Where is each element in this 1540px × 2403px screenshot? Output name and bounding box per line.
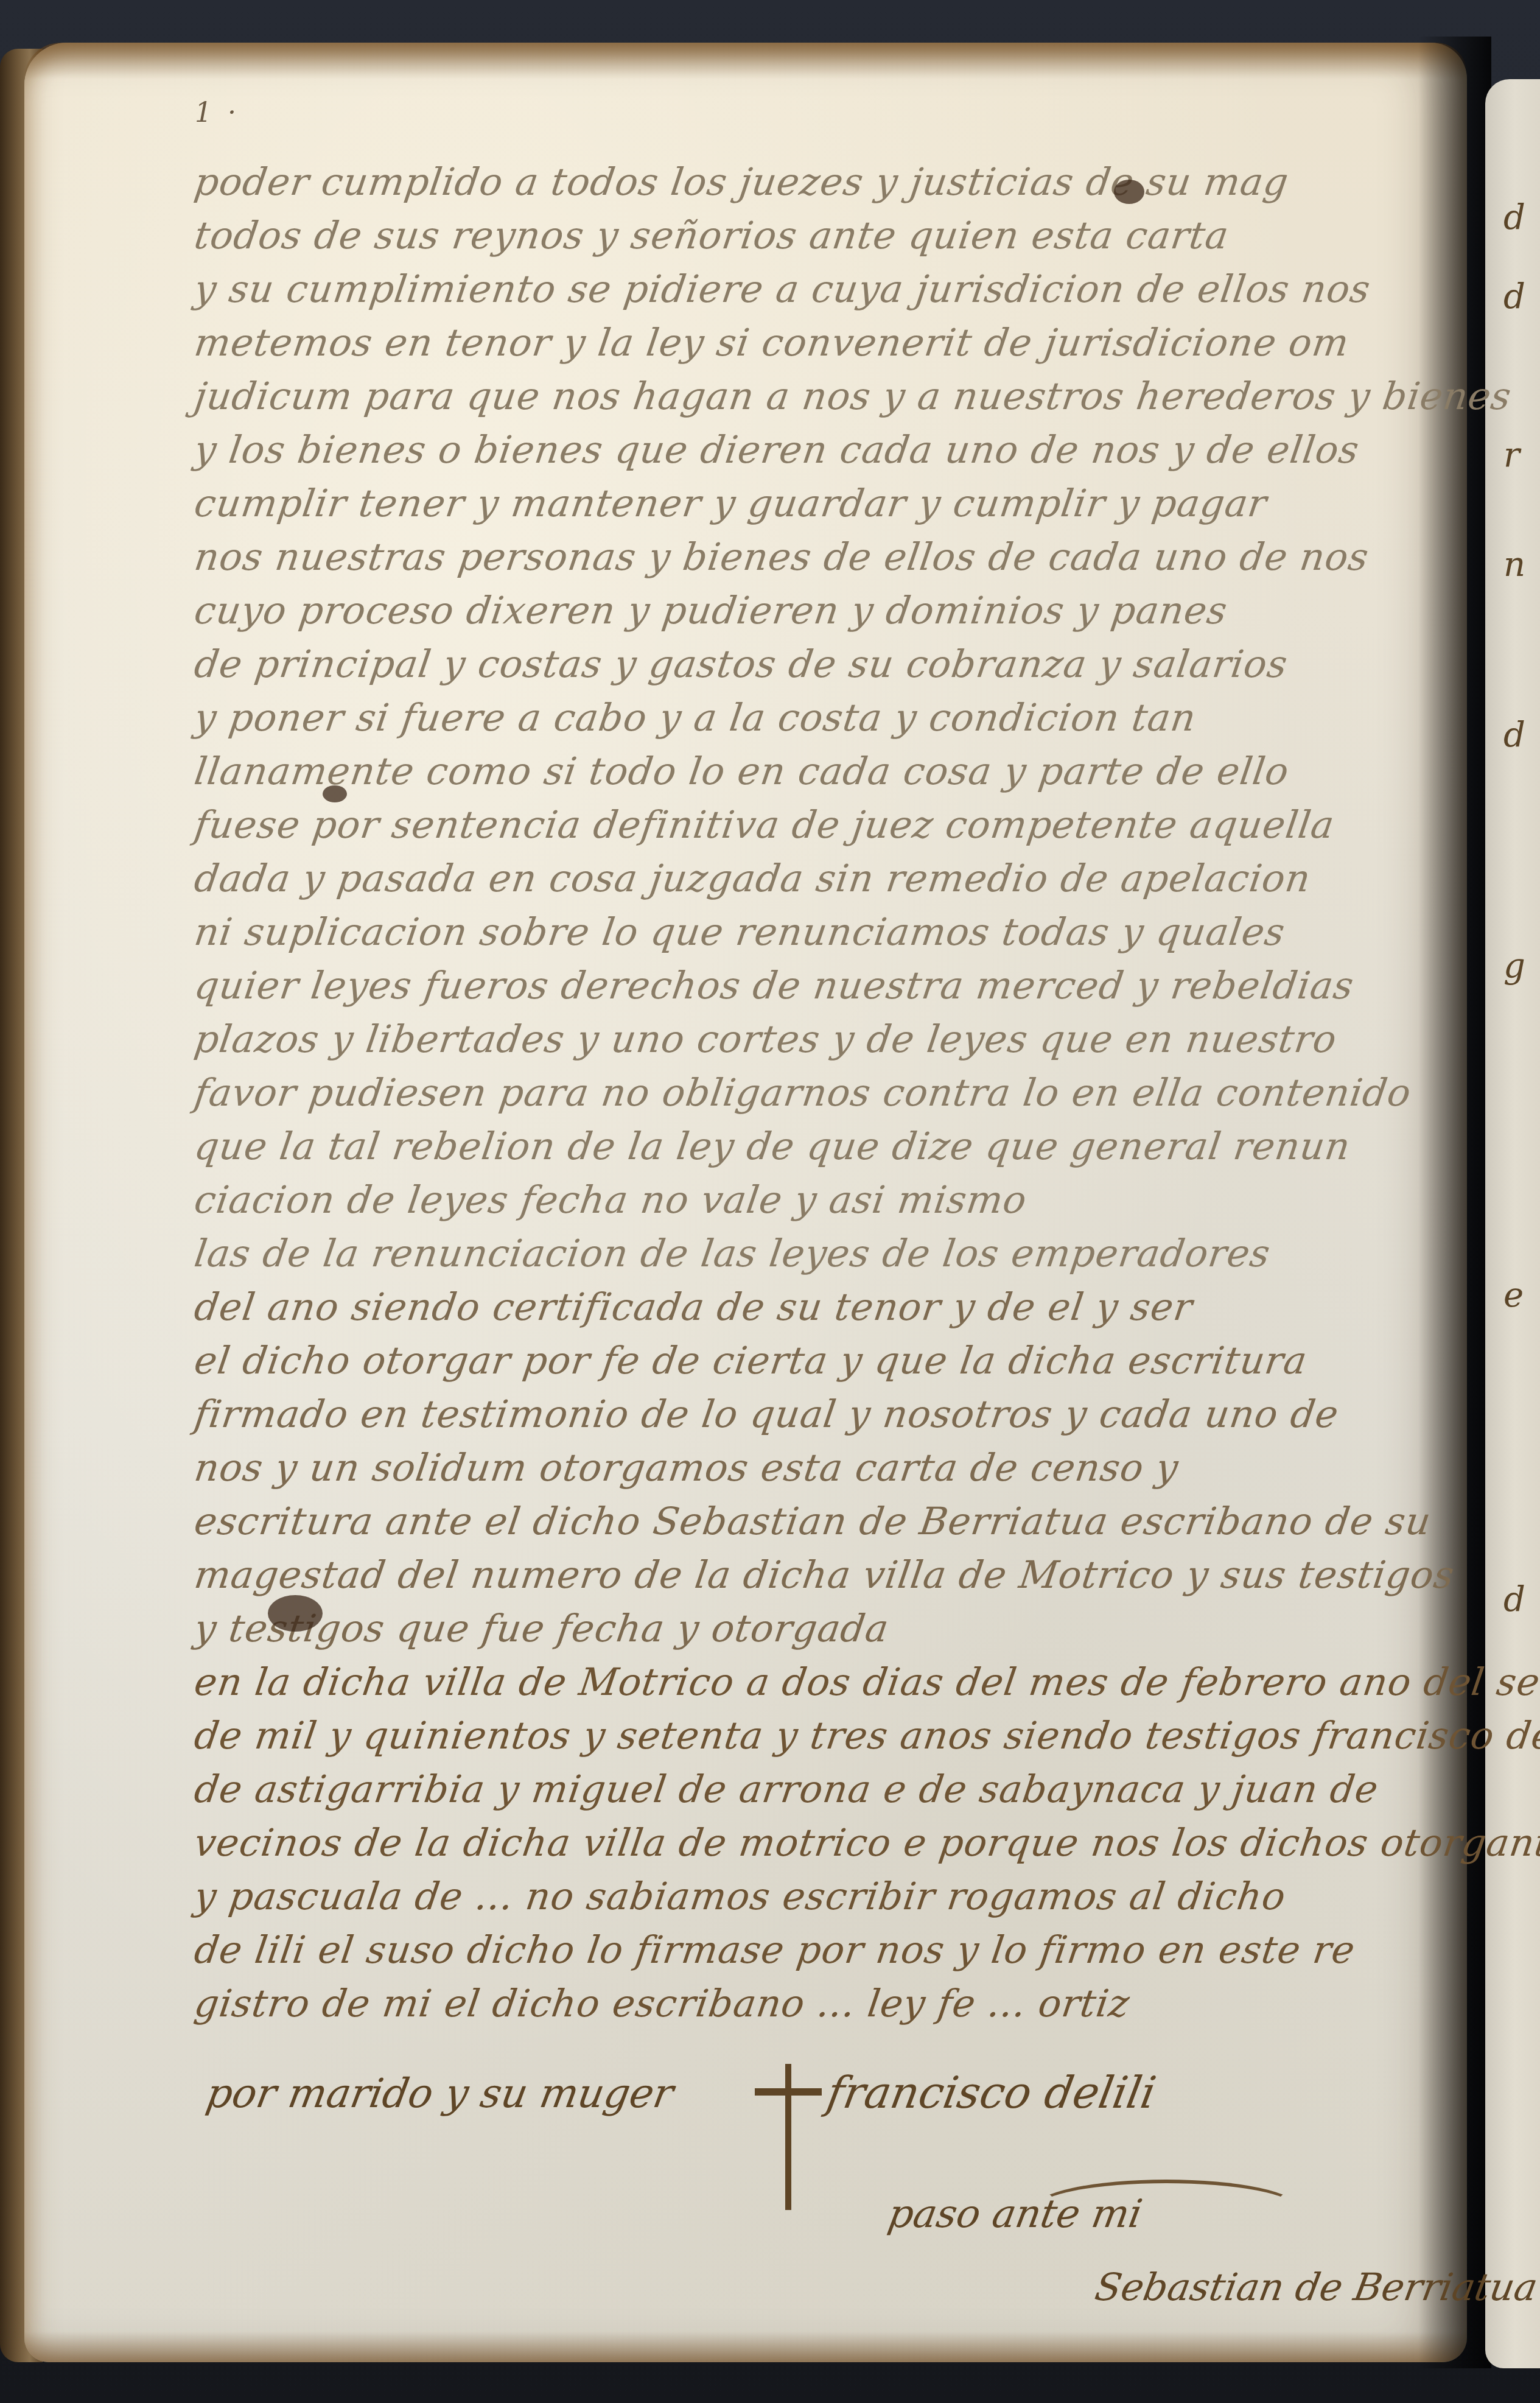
text-line: vecinos de la dicha villa de motrico e p… — [191, 1816, 1477, 1870]
facing-page-mark: d — [1503, 201, 1525, 235]
facing-page-mark: e — [1503, 1279, 1524, 1313]
text-line: quier leyes fueros derechos de nuestra m… — [191, 959, 1477, 1012]
text-line: llanamente como si todo lo en cada cosa … — [191, 745, 1477, 798]
text-line: y los bienes o bienes que dieren cada un… — [191, 423, 1477, 477]
text-line: nos nuestras personas y bienes de ellos … — [191, 530, 1477, 584]
facing-page-mark: n — [1503, 548, 1525, 582]
facing-page-mark: d — [1503, 280, 1525, 314]
text-line: nos y un solidum otorgamos esta carta de… — [191, 1441, 1477, 1495]
facing-page-mark: g — [1503, 950, 1525, 984]
text-line: todos de sus reynos y señorios ante quie… — [191, 209, 1477, 262]
facing-page-mark: d — [1503, 718, 1525, 752]
text-line: fuese por sentencia definitiva de juez c… — [191, 798, 1477, 852]
ink-stain — [268, 1595, 323, 1632]
text-line: gistro de mi el dicho escribano ... ley … — [191, 1977, 1477, 2030]
text-line: de mil y quinientos y setenta y tres ano… — [191, 1709, 1477, 1763]
text-line: escritura ante el dicho Sebastian de Ber… — [191, 1495, 1477, 1548]
text-line: en la dicha villa de Motrico a dos dias … — [191, 1655, 1477, 1709]
text-line: que la tal rebelion de la ley de que diz… — [191, 1120, 1477, 1173]
text-line: poder cumplido a todos los juezes y just… — [191, 155, 1477, 209]
text-line: judicum para que nos hagan a nos y a nue… — [191, 370, 1477, 423]
text-line: metemos en tenor y la ley si convenerit … — [191, 316, 1477, 370]
text-line: y poner si fuere a cabo y a la costa y c… — [191, 691, 1477, 745]
text-line: y testigos que fue fecha y otorgada — [191, 1602, 1477, 1655]
facing-page — [1485, 79, 1540, 2368]
text-line: plazos y libertades y uno cortes y de le… — [191, 1012, 1477, 1066]
ink-stain — [1114, 180, 1144, 204]
text-line: de lili el suso dicho lo firmase por nos… — [191, 1923, 1477, 1977]
text-line: ni suplicacion sobre lo que renunciamos … — [191, 905, 1477, 959]
text-line: el dicho otorgar por fe de cierta y que … — [191, 1334, 1477, 1387]
text-line: favor pudiesen para no obligarnos contra… — [191, 1066, 1477, 1120]
text-line: cuyo proceso dixeren y pudieren y domini… — [191, 584, 1477, 637]
text-line: dada y pasada en cosa juzgada sin remedi… — [191, 852, 1477, 905]
text-line: ciacion de leyes fecha no vale y asi mis… — [191, 1173, 1477, 1227]
manuscript-body: poder cumplido a todos los juezes y just… — [195, 155, 1473, 2030]
text-line: del ano siendo certificada de su tenor y… — [191, 1280, 1477, 1334]
text-line: de principal y costas y gastos de su cob… — [191, 637, 1477, 691]
text-line: cumplir tener y mantener y guardar y cum… — [191, 477, 1477, 530]
facing-page-mark: d — [1503, 1583, 1525, 1617]
text-line: magestad del numero de la dicha villa de… — [191, 1548, 1477, 1602]
folio-mark: 1 · — [195, 97, 240, 128]
text-line: y pascuala de ... no sabiamos escribir r… — [191, 1870, 1477, 1923]
text-line: y su cumplimiento se pidiere a cuya juri… — [191, 262, 1477, 316]
facing-page-mark: r — [1503, 438, 1520, 472]
text-line: firmado en testimonio de lo qual y nosot… — [191, 1387, 1477, 1441]
text-line: de astigarribia y miguel de arrona e de … — [191, 1763, 1477, 1816]
text-line: las de la renunciacion de las leyes de l… — [191, 1227, 1477, 1280]
ink-stain — [323, 785, 347, 802]
